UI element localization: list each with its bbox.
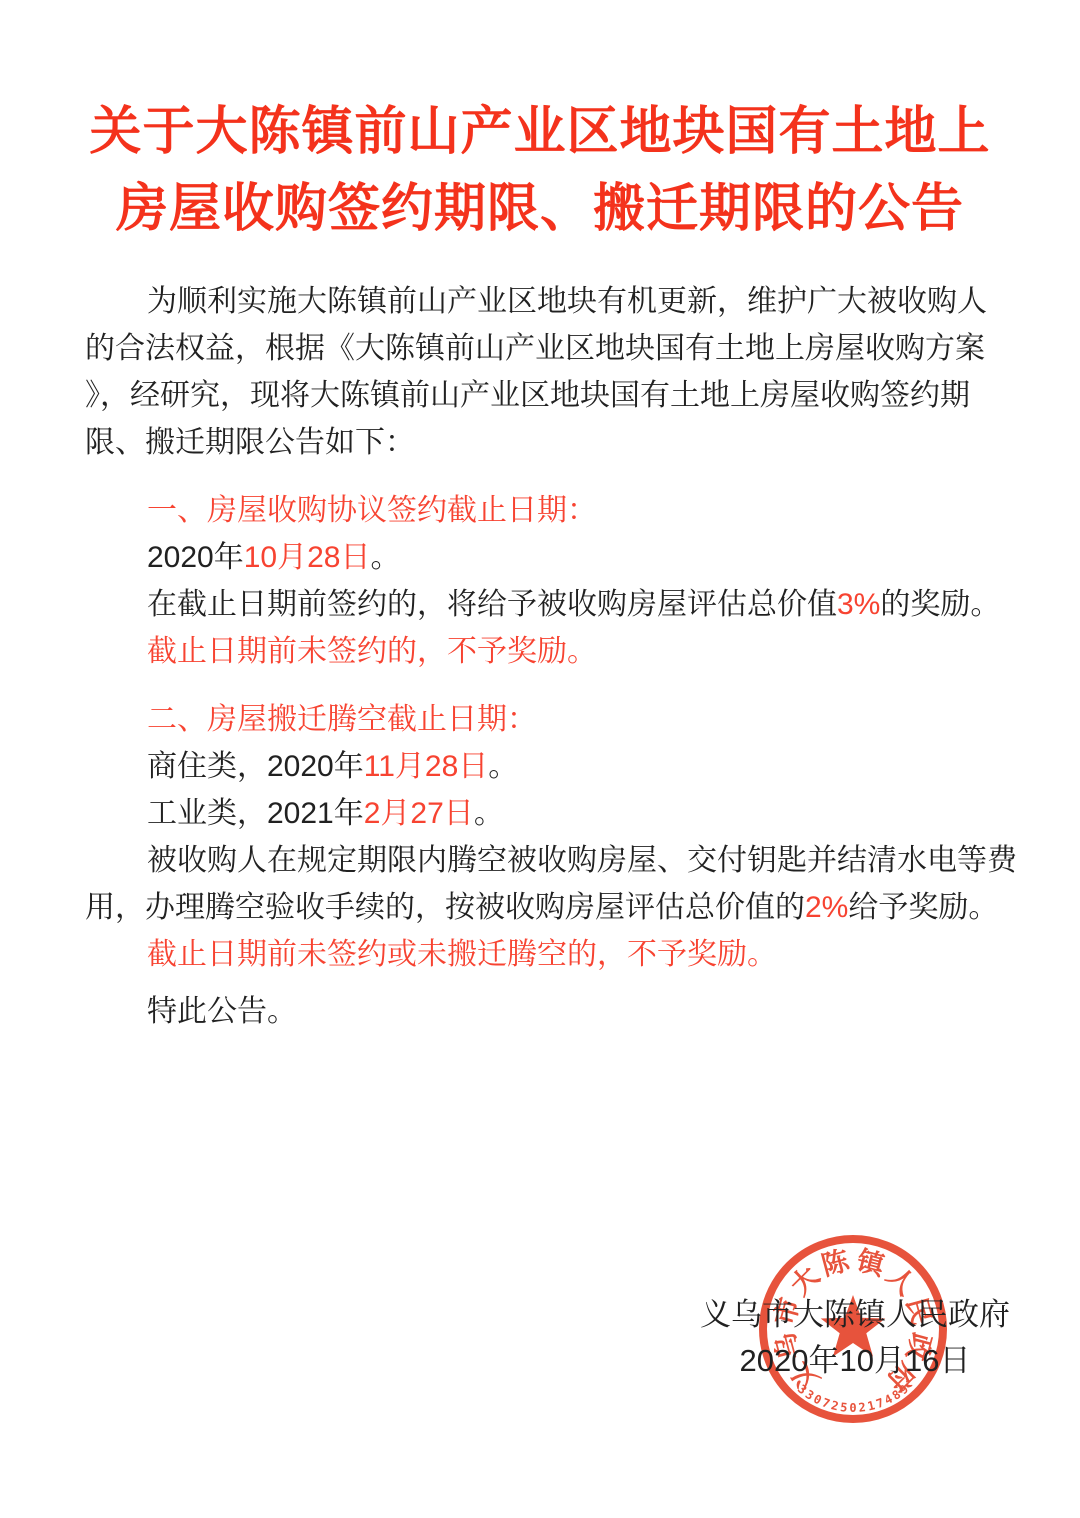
intro-paragraph: 为顺利实施大陈镇前山产业区地块有机更新，维护广大被收购人的合法权益，根据《大陈镇…: [85, 278, 1005, 466]
text-line: 为顺利实施大陈镇前山产业区地块有机更新，维护广大被收购人: [85, 278, 1005, 325]
text-line: 2020年10月28日。: [85, 534, 1005, 581]
text-line: 商住类，2020年11月28日。: [85, 743, 1005, 790]
text-line: 的合法权益，根据《大陈镇前山产业区地块国有土地上房屋收购方案: [85, 325, 1005, 372]
svg-text:陈: 陈: [818, 1244, 853, 1281]
title-line-2: 房屋收购签约期限、搬迁期限的公告: [0, 171, 1080, 248]
svg-text:2: 2: [858, 1400, 867, 1415]
title-line-1: 关于大陈镇前山产业区地块国有土地上: [0, 94, 1080, 171]
text-line: 特此公告。: [85, 988, 1005, 1035]
signature-org: 义乌市大陈镇人民政府: [700, 1292, 1010, 1338]
text-line: 限、搬迁期限公告如下：: [85, 419, 1005, 466]
text-line: 在截止日期前签约的，将给予被收购房屋评估总价值3%的奖励。: [85, 581, 1005, 628]
section-1-signing-deadline: 一、房屋收购协议签约截止日期：2020年10月28日。在截止日期前签约的，将给予…: [85, 487, 1005, 675]
signature-block: 义乌市大陈镇人民政府 2020年10月16日: [700, 1292, 1010, 1384]
section-2-vacating-deadline: 二、房屋搬迁腾空截止日期：商住类，2020年11月28日。工业类，2021年2月…: [85, 696, 1005, 978]
text-line: 一、房屋收购协议签约截止日期：: [85, 487, 1005, 534]
text-line: 用，办理腾空验收手续的，按被收购房屋评估总价值的2%给予奖励。: [85, 884, 1005, 931]
text-line: 被收购人在规定期限内腾空被收购房屋、交付钥匙并结清水电等费: [85, 837, 1005, 884]
closing-line: 特此公告。: [85, 988, 1005, 1035]
text-line: 》，经研究，现将大陈镇前山产业区地块国有土地上房屋收购签约期: [85, 372, 1005, 419]
announcement-page: 关于大陈镇前山产业区地块国有土地上 房屋收购签约期限、搬迁期限的公告 为顺利实施…: [0, 0, 1080, 1518]
svg-text:2: 2: [830, 1398, 840, 1413]
page-title: 关于大陈镇前山产业区地块国有土地上 房屋收购签约期限、搬迁期限的公告: [0, 0, 1080, 248]
text-line: 截止日期前未签约的，不予奖励。: [85, 628, 1005, 675]
text-line: 工业类，2021年2月27日。: [85, 790, 1005, 837]
svg-text:5: 5: [839, 1400, 848, 1415]
svg-text:0: 0: [849, 1401, 856, 1415]
signature-date: 2020年10月16日: [700, 1338, 1010, 1384]
text-line: 截止日期前未签约或未搬迁腾空的，不予奖励。: [85, 931, 1005, 978]
text-line: 二、房屋搬迁腾空截止日期：: [85, 696, 1005, 743]
svg-text:镇: 镇: [854, 1245, 890, 1281]
